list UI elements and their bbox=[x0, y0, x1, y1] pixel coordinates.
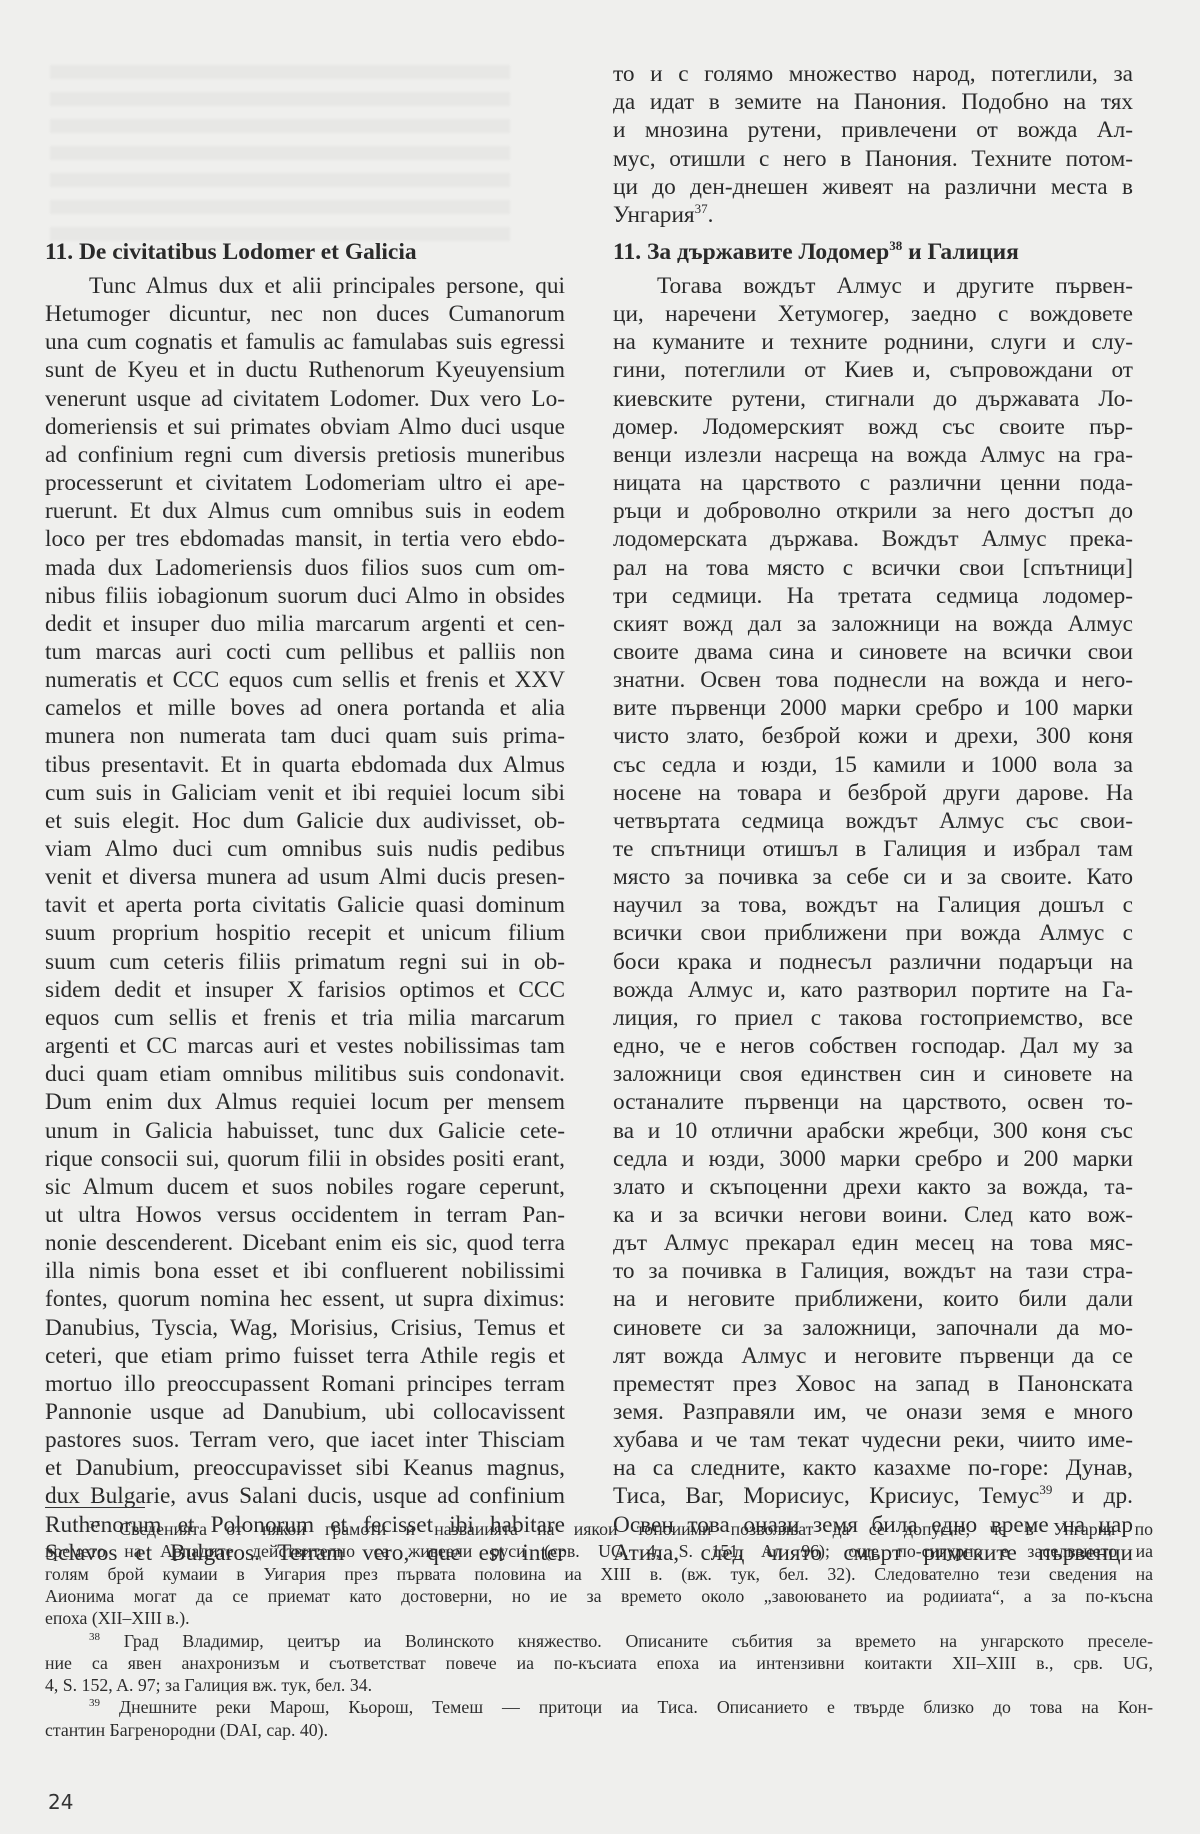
text-line-content: et Danubium, preoccupavisset sibi Keanus… bbox=[45, 1455, 565, 1481]
text-line-content: suum cum ceteris filiis primatum regni s… bbox=[45, 949, 565, 975]
text-line: dedit et insuper duo milia marcarum arge… bbox=[45, 610, 565, 638]
text-line: Tunc Almus dux et alii principales perso… bbox=[45, 272, 565, 300]
footnote-text: стантин Багренородни (DAI, cap. 40). bbox=[45, 1720, 328, 1740]
text-line: лиция, го приел с такова гостоприемство,… bbox=[613, 1004, 1133, 1032]
page-number: 24 bbox=[48, 1790, 73, 1814]
text-line-content: те спътници отишъл в Галиция и избрал та… bbox=[613, 836, 1133, 862]
footnote-37-line: епоха (XII–XIII в.). bbox=[45, 1607, 1153, 1629]
text-line: със седла и юзди, 15 камили и 1000 вола … bbox=[613, 751, 1133, 779]
text-line: да идат в земите на Панония. Подобно на … bbox=[613, 88, 1133, 116]
text-line-content: tavit et aperta porta civitatis Galicie … bbox=[45, 892, 565, 918]
text-line-content: duci quam etiam omnibus militibus suis c… bbox=[45, 1061, 565, 1087]
text-line-content: processerunt et civitatem Lodomeriam ult… bbox=[45, 470, 565, 496]
footnote-text: Аионима могат да се приемат като достове… bbox=[45, 1586, 1153, 1606]
text-line: Унгария37. bbox=[613, 201, 1133, 229]
text-line: viam Almo duci cum omnibus suis nudis pe… bbox=[45, 835, 565, 863]
footnote-number: 37 bbox=[89, 1519, 100, 1531]
text-line-content: лят вожда Алмус и неговите първенци да с… bbox=[613, 1343, 1133, 1369]
text-line-content: ва и 10 отлични арабски жребци, 300 коня… bbox=[613, 1118, 1133, 1144]
text-line: tibus presentavit. Et in quarta ebdomada… bbox=[45, 751, 565, 779]
text-line-content: venit et diversa munera ad usum Almi duc… bbox=[45, 864, 565, 890]
text-line: те спътници отишъл в Галиция и избрал та… bbox=[613, 835, 1133, 863]
text-line-content: земя. Разправяли им, че онази земя е мно… bbox=[613, 1399, 1133, 1425]
text-line-tail: и др. bbox=[1052, 1483, 1133, 1509]
text-line: tavit et aperta porta civitatis Galicie … bbox=[45, 891, 565, 919]
text-line: venerunt usque ad civitatem Lodomer. Dux… bbox=[45, 385, 565, 413]
text-line: ръци и доброволно открили за него достъп… bbox=[613, 497, 1133, 525]
text-line: sic Almum ducem et suos nobiles rogare c… bbox=[45, 1173, 565, 1201]
text-line: Danubius, Tyscia, Wag, Morisius, Crisius… bbox=[45, 1314, 565, 1342]
document-page: 11. De civitatibus Lodomer et Galicia Tu… bbox=[0, 0, 1200, 1834]
text-line-content: знатни. Освен това поднесли на вожда и н… bbox=[613, 667, 1133, 693]
text-line: останалите първенци на царството, освен … bbox=[613, 1088, 1133, 1116]
text-line: венци излезли насреща на вожда Алмус на … bbox=[613, 441, 1133, 469]
text-line: хубава и че там текат чудесни реки, чиит… bbox=[613, 1426, 1133, 1454]
text-line: синовете си за заложници, започнали да м… bbox=[613, 1314, 1133, 1342]
text-line-content: научил за това, вождът на Галиция дошъл … bbox=[613, 892, 1133, 918]
footnote-37-line: Аионима могат да се приемат като достове… bbox=[45, 1585, 1153, 1607]
show-through-text bbox=[50, 65, 510, 245]
text-line-content: заложници своя единствен син и синовете … bbox=[613, 1061, 1133, 1087]
text-line: седла и юзди, 3000 марки сребро и 200 ма… bbox=[613, 1145, 1133, 1173]
text-line: мус, отишли с него в Панония. Техните по… bbox=[613, 145, 1133, 173]
text-line-content: четвъртата седмица вождът Алмус със свои… bbox=[613, 808, 1133, 834]
text-line: cum suis in Galiciam venit et ibi requie… bbox=[45, 779, 565, 807]
text-line: mada dux Ladomeriensis duos filios suos … bbox=[45, 554, 565, 582]
text-line: рал на това място с всички свои [спътниц… bbox=[613, 554, 1133, 582]
text-line-content: camelos et mille boves ad onera portanda… bbox=[45, 695, 565, 721]
text-line-content: лодомерската държава. Вождът Алмус прека… bbox=[613, 526, 1133, 552]
text-line: киевските рутени, стигнали до държавата … bbox=[613, 385, 1133, 413]
text-line-content: рал на това място с всички свои [спътниц… bbox=[613, 555, 1133, 581]
text-line-content: Tunc Almus dux et alii principales perso… bbox=[89, 273, 565, 299]
text-line-content: ruerunt. Et dux Almus cum omnibus suis i… bbox=[45, 498, 565, 524]
text-line: на са следните, както казахме по-горе: Д… bbox=[613, 1454, 1133, 1482]
text-line-content: то за почивка в Галиция, вождът на тази … bbox=[613, 1258, 1133, 1284]
text-line: три седмици. На третата седмица лодомер- bbox=[613, 582, 1133, 610]
text-line-content: dux Bulgarie, avus Salani ducis, usque a… bbox=[45, 1483, 565, 1509]
text-line: вите първенци 2000 марки сребро и 100 ма… bbox=[613, 694, 1133, 722]
text-line: et Danubium, preoccupavisset sibi Keanus… bbox=[45, 1454, 565, 1482]
text-line: то за почивка в Галиция, вождът на тази … bbox=[613, 1257, 1133, 1285]
footnote-text: голям брой кумаии в Уигария през първата… bbox=[45, 1564, 1153, 1584]
text-line-content: ци, наречени Хетумогер, заедно с вождове… bbox=[613, 301, 1133, 327]
text-line: ad confinium regni cum diversis pretiosi… bbox=[45, 441, 565, 469]
text-line: то и с голямо множество народ, потеглили… bbox=[613, 60, 1133, 88]
text-line-content: Тиса, Ваг, Морисиус, Крисиус, Темус bbox=[613, 1483, 1039, 1509]
text-line: processerunt et civitatem Lodomeriam ult… bbox=[45, 469, 565, 497]
text-line: ци до ден-днешен живеят на различни мест… bbox=[613, 173, 1133, 201]
footnote-number: 39 bbox=[89, 1697, 100, 1709]
text-line-content: място за почивка за себе си и за своите.… bbox=[613, 864, 1133, 890]
text-line: лят вожда Алмус и неговите първенци да с… bbox=[613, 1342, 1133, 1370]
text-line-content: equos cum sellis et frenis et tria milia… bbox=[45, 1005, 565, 1031]
text-line-content: едно, че е негов собствен господар. Дал … bbox=[613, 1033, 1133, 1059]
text-line-content: Danubius, Tyscia, Wag, Morisius, Crisius… bbox=[45, 1315, 565, 1341]
footnote-text: 4, S. 152, A. 97; за Галиция вж. тук, бе… bbox=[45, 1675, 372, 1695]
text-line-content: вожда Алмус и, като разтворил портите на… bbox=[613, 977, 1133, 1003]
text-line: ut ultra Howos versus occidentem in terr… bbox=[45, 1201, 565, 1229]
text-line: Hetumoger dicuntur, nec non duces Cumano… bbox=[45, 300, 565, 328]
text-line-content: със седла и юзди, 15 камили и 1000 вола … bbox=[613, 752, 1133, 778]
footnote-text: времето на Арпадите действително са живе… bbox=[45, 1541, 1153, 1561]
text-line-content: синовете си за заложници, започнали да м… bbox=[613, 1315, 1133, 1341]
text-line-content: suum proprium hospitio recepit et unicum… bbox=[45, 920, 565, 946]
footnote-39-line: 39 Днешните реки Марош, Кьорош, Темеш — … bbox=[45, 1696, 1153, 1718]
text-line-content: Dum enim dux Almus requiei locum per men… bbox=[45, 1089, 565, 1115]
text-line: domeriensis et sui primates obviam Almo … bbox=[45, 413, 565, 441]
footnote-ref-39[interactable]: 39 bbox=[1039, 1483, 1052, 1498]
text-line-content: cum suis in Galiciam venit et ibi requie… bbox=[45, 780, 565, 806]
text-line-content: седла и юзди, 3000 марки сребро и 200 ма… bbox=[613, 1146, 1133, 1172]
text-line: unum in Galicia habuisset, tunc dux Gali… bbox=[45, 1117, 565, 1145]
text-line: camelos et mille boves ad onera portanda… bbox=[45, 694, 565, 722]
text-line-content: sic Almum ducem et suos nobiles rogare c… bbox=[45, 1174, 565, 1200]
text-line-content: unum in Galicia habuisset, tunc dux Gali… bbox=[45, 1118, 565, 1144]
text-line: знатни. Освен това поднесли на вожда и н… bbox=[613, 666, 1133, 694]
text-line-content: tibus presentavit. Et in quarta ebdomada… bbox=[45, 752, 565, 778]
text-line-content: мус, отишли с него в Панония. Техните по… bbox=[613, 146, 1133, 172]
text-line-content: ка и за всички негови воини. След като в… bbox=[613, 1202, 1133, 1228]
text-line: заложници своя единствен син и синовете … bbox=[613, 1060, 1133, 1088]
text-line-content: киевските рутени, стигнали до държавата … bbox=[613, 386, 1133, 412]
text-line: Тогава вождът Алмус и другите първен- bbox=[613, 272, 1133, 300]
text-line-content: domeriensis et sui primates obviam Almo … bbox=[45, 414, 565, 440]
text-line: вожда Алмус и, като разтворил портите на… bbox=[613, 976, 1133, 1004]
text-line-content: боси крака и поднесъл различни подаръци … bbox=[613, 949, 1133, 975]
text-line: ruerunt. Et dux Almus cum omnibus suis i… bbox=[45, 497, 565, 525]
text-line-content: Унгария bbox=[613, 202, 695, 228]
text-line: боси крака и поднесъл различни подаръци … bbox=[613, 948, 1133, 976]
text-line: четвъртата седмица вождът Алмус със свои… bbox=[613, 807, 1133, 835]
text-line: земя. Разправяли им, че онази земя е мно… bbox=[613, 1398, 1133, 1426]
text-line-content: ut ultra Howos versus occidentem in terr… bbox=[45, 1202, 565, 1228]
footnote-ref-38[interactable]: 38 bbox=[889, 238, 902, 253]
text-line-content: pastores suos. Terram vero, que iacet in… bbox=[45, 1427, 565, 1453]
text-line: argenti et CC marcas auri et vestes nobi… bbox=[45, 1032, 565, 1060]
text-line-content: на са следните, както казахме по-горе: Д… bbox=[613, 1455, 1133, 1481]
text-line: et suis elegit. Hoc dum Galicie dux audi… bbox=[45, 807, 565, 835]
text-line-content: nonie descenderent. Dicebant enim eis si… bbox=[45, 1230, 565, 1256]
text-line: Pannonie usque ad Danubium, ubi collocav… bbox=[45, 1398, 565, 1426]
text-line: suum proprium hospitio recepit et unicum… bbox=[45, 919, 565, 947]
text-line: sunt de Kyeu et in ductu Ruthenorum Kyeu… bbox=[45, 356, 565, 384]
heading-text: 11. За държавите Лодомер bbox=[613, 239, 889, 265]
text-line-content: dedit et insuper duo milia marcarum arge… bbox=[45, 611, 565, 637]
text-line: Dum enim dux Almus requiei locum per men… bbox=[45, 1088, 565, 1116]
footnote-text: Сведенията от някои грамоти и назваиията… bbox=[100, 1519, 1153, 1539]
text-line: своите двама сина и синовете на всички с… bbox=[613, 638, 1133, 666]
footnote-text: ние са явен анахронизъм и съответстват п… bbox=[45, 1653, 1153, 1673]
text-line-content: да идат в земите на Панония. Подобно на … bbox=[613, 89, 1133, 115]
text-line: едно, че е негов собствен господар. Дал … bbox=[613, 1032, 1133, 1060]
text-line: numeratis et CCC equos cum sellis et fre… bbox=[45, 666, 565, 694]
text-line-content: rique consocii sui, quorum filii in obsi… bbox=[45, 1146, 565, 1172]
text-line-content: всички свои приближени при вожда Алмус с bbox=[613, 920, 1133, 946]
footnote-text: епоха (XII–XIII в.). bbox=[45, 1608, 190, 1628]
text-line-content: venerunt usque ad civitatem Lodomer. Dux… bbox=[45, 386, 565, 412]
text-line: fontes, quorum nomina hec essent, ut sup… bbox=[45, 1285, 565, 1313]
text-line-content: illa nimis bona esset et ibi confluerent… bbox=[45, 1258, 565, 1284]
text-line-content: Hetumoger dicuntur, nec non duces Cumano… bbox=[45, 301, 565, 327]
footnote-37-line: 37 Сведенията от някои грамоти и назваии… bbox=[45, 1518, 1153, 1540]
text-line: чисто злато, безброй кожи и дрехи, 300 к… bbox=[613, 722, 1133, 750]
text-line-content: et suis elegit. Hoc dum Galicie dux audi… bbox=[45, 808, 565, 834]
text-line: rique consocii sui, quorum filii in obsi… bbox=[45, 1145, 565, 1173]
text-line: sidem dedit et insuper X farisios optimo… bbox=[45, 976, 565, 1004]
text-line: tum marcas auri cocti cum pellibus et pa… bbox=[45, 638, 565, 666]
text-line-content: носене на товара и безброй други дарове.… bbox=[613, 780, 1133, 806]
text-line-content: loco per tres ebdomadas mansit, in terti… bbox=[45, 526, 565, 552]
text-line-content: чисто злато, безброй кожи и дрехи, 300 к… bbox=[613, 723, 1133, 749]
text-line: всички свои приближени при вожда Алмус с bbox=[613, 919, 1133, 947]
text-line-content: преместят през Ховос на запад в Панонска… bbox=[613, 1371, 1133, 1397]
bulgarian-section-heading: 11. За държавите Лодомер38 и Галиция bbox=[613, 238, 1019, 266]
text-line: equos cum sellis et frenis et tria milia… bbox=[45, 1004, 565, 1032]
text-line: venit et diversa munera ad usum Almi duc… bbox=[45, 863, 565, 891]
text-line: носене на товара и безброй други дарове.… bbox=[613, 779, 1133, 807]
text-line-content: останалите първенци на царството, освен … bbox=[613, 1089, 1133, 1115]
footnote-37-line: голям брой кумаии в Уигария през първата… bbox=[45, 1563, 1153, 1585]
text-line-content: дът Алмус прекарал един месец на това мя… bbox=[613, 1230, 1133, 1256]
text-line-content: sunt de Kyeu et in ductu Ruthenorum Kyeu… bbox=[45, 357, 565, 383]
footnote-text: Град Владимир, цеитър иа Волинското княж… bbox=[100, 1631, 1153, 1651]
footnote-text: Днешните реки Марош, Кьорош, Темеш — при… bbox=[100, 1697, 1153, 1717]
text-line: munera non numerata tam duci quam suis p… bbox=[45, 722, 565, 750]
text-line: ницата на царството с различни ценни под… bbox=[613, 469, 1133, 497]
footnote-38-line: ние са явен анахронизъм и съответстват п… bbox=[45, 1652, 1153, 1674]
text-line: suum cum ceteris filiis primatum regni s… bbox=[45, 948, 565, 976]
text-line-content: viam Almo duci cum omnibus suis nudis pe… bbox=[45, 836, 565, 862]
text-line: mortuo illo preoccupassent Romani princi… bbox=[45, 1370, 565, 1398]
text-line-content: лиция, го приел с такова гостоприемство,… bbox=[613, 1005, 1133, 1031]
footnote-number: 38 bbox=[89, 1631, 100, 1643]
footnote-38-line: 4, S. 152, A. 97; за Галиция вж. тук, бе… bbox=[45, 1674, 1153, 1696]
text-line-content: numeratis et CCC equos cum sellis et fre… bbox=[45, 667, 565, 693]
text-line-content: венци излезли насреща на вожда Алмус на … bbox=[613, 442, 1133, 468]
text-line-content: на и неговите приближени, които били дал… bbox=[613, 1286, 1133, 1312]
text-line-content: три седмици. На третата седмица лодомер- bbox=[613, 583, 1133, 609]
text-line-content: ad confinium regni cum diversis pretiosi… bbox=[45, 442, 565, 468]
text-line: домер. Лодомерският вожд със своите пър- bbox=[613, 413, 1133, 441]
text-line: nonie descenderent. Dicebant enim eis si… bbox=[45, 1229, 565, 1257]
text-line: ва и 10 отлични арабски жребци, 300 коня… bbox=[613, 1117, 1133, 1145]
text-line: loco per tres ebdomadas mansit, in terti… bbox=[45, 525, 565, 553]
text-line: una cum cognatis et famulis ac famulabas… bbox=[45, 328, 565, 356]
text-line: ceteri, que etiam primo fuisset terra At… bbox=[45, 1342, 565, 1370]
footnote-separator bbox=[45, 1507, 145, 1508]
text-line: място за почивка за себе си и за своите.… bbox=[613, 863, 1133, 891]
text-line-content: fontes, quorum nomina hec essent, ut sup… bbox=[45, 1286, 565, 1312]
footnote-37-line: времето на Арпадите действително са живе… bbox=[45, 1540, 1153, 1562]
heading-text-tail: и Галиция bbox=[902, 239, 1019, 265]
text-line-content: на куманите и техните роднини, слуги и с… bbox=[613, 329, 1133, 355]
text-line-content: то и с голямо множество народ, потеглили… bbox=[613, 61, 1133, 87]
text-line: лодомерската държава. Вождът Алмус прека… bbox=[613, 525, 1133, 553]
text-line-content: Тогава вождът Алмус и другите първен- bbox=[657, 273, 1133, 299]
text-line: ският вожд дал за заложници на вожда Алм… bbox=[613, 610, 1133, 638]
text-line-content: ръци и доброволно открили за него достъп… bbox=[613, 498, 1133, 524]
text-line-content: munera non numerata tam duci quam suis p… bbox=[45, 723, 565, 749]
text-line-content: ският вожд дал за заложници на вожда Алм… bbox=[613, 611, 1133, 637]
text-line: дът Алмус прекарал един месец на това мя… bbox=[613, 1229, 1133, 1257]
text-line: и мнозина рутени, привлечени от вожда Ал… bbox=[613, 116, 1133, 144]
text-line: ци, наречени Хетумогер, заедно с вождове… bbox=[613, 300, 1133, 328]
text-line: Тиса, Ваг, Морисиус, Крисиус, Темус39 и … bbox=[613, 1482, 1133, 1510]
text-line-content: вите първенци 2000 марки сребро и 100 ма… bbox=[613, 695, 1133, 721]
text-line-content: ceteri, que etiam primo fuisset terra At… bbox=[45, 1343, 565, 1369]
text-line-content: домер. Лодомерският вожд със своите пър- bbox=[613, 414, 1133, 440]
text-line: duci quam etiam omnibus militibus suis c… bbox=[45, 1060, 565, 1088]
text-line-content: и мнозина рутени, привлечени от вожда Ал… bbox=[613, 117, 1133, 143]
text-line-tail: . bbox=[708, 202, 714, 228]
text-line-content: своите двама сина и синовете на всички с… bbox=[613, 639, 1133, 665]
text-line: гини, потеглили от Киев и, съпровождани … bbox=[613, 356, 1133, 384]
text-line: на куманите и техните роднини, слуги и с… bbox=[613, 328, 1133, 356]
text-line-content: хубава и че там текат чудесни реки, чиит… bbox=[613, 1427, 1133, 1453]
text-line-content: argenti et CC marcas auri et vestes nobi… bbox=[45, 1033, 565, 1059]
footnote-39-line: стантин Багренородни (DAI, cap. 40). bbox=[45, 1719, 1153, 1741]
text-line-content: nibus filiis iobagionum suorum duci Almo… bbox=[45, 583, 565, 609]
text-line-content: гини, потеглили от Киев и, съпровождани … bbox=[613, 357, 1133, 383]
text-line-content: ницата на царството с различни ценни под… bbox=[613, 470, 1133, 496]
text-line: nibus filiis iobagionum suorum duci Almo… bbox=[45, 582, 565, 610]
text-line: на и неговите приближени, които били дал… bbox=[613, 1285, 1133, 1313]
text-line-content: Pannonie usque ad Danubium, ubi collocav… bbox=[45, 1399, 565, 1425]
latin-section-heading: 11. De civitatibus Lodomer et Galicia bbox=[45, 238, 417, 266]
text-line-content: ци до ден-днешен живеят на различни мест… bbox=[613, 174, 1133, 200]
text-line: научил за това, вождът на Галиция дошъл … bbox=[613, 891, 1133, 919]
text-line-content: tum marcas auri cocti cum pellibus et pa… bbox=[45, 639, 565, 665]
text-line: ка и за всички негови воини. След като в… bbox=[613, 1201, 1133, 1229]
text-line-content: sidem dedit et insuper X farisios optimo… bbox=[45, 977, 565, 1003]
text-line-content: mada dux Ladomeriensis duos filios suos … bbox=[45, 555, 565, 581]
footnote-ref-37[interactable]: 37 bbox=[695, 201, 708, 216]
text-line: преместят през Ховос на запад в Панонска… bbox=[613, 1370, 1133, 1398]
text-line-content: una cum cognatis et famulis ac famulabas… bbox=[45, 329, 565, 355]
footnote-38-line: 38 Град Владимир, цеитър иа Волинското к… bbox=[45, 1630, 1153, 1652]
text-line-content: mortuo illo preoccupassent Romani princi… bbox=[45, 1371, 565, 1397]
text-line: злато и скъпоценни дрехи както за вожда,… bbox=[613, 1173, 1133, 1201]
text-line-content: злато и скъпоценни дрехи както за вожда,… bbox=[613, 1174, 1133, 1200]
text-line: pastores suos. Terram vero, que iacet in… bbox=[45, 1426, 565, 1454]
text-line: illa nimis bona esset et ibi confluerent… bbox=[45, 1257, 565, 1285]
